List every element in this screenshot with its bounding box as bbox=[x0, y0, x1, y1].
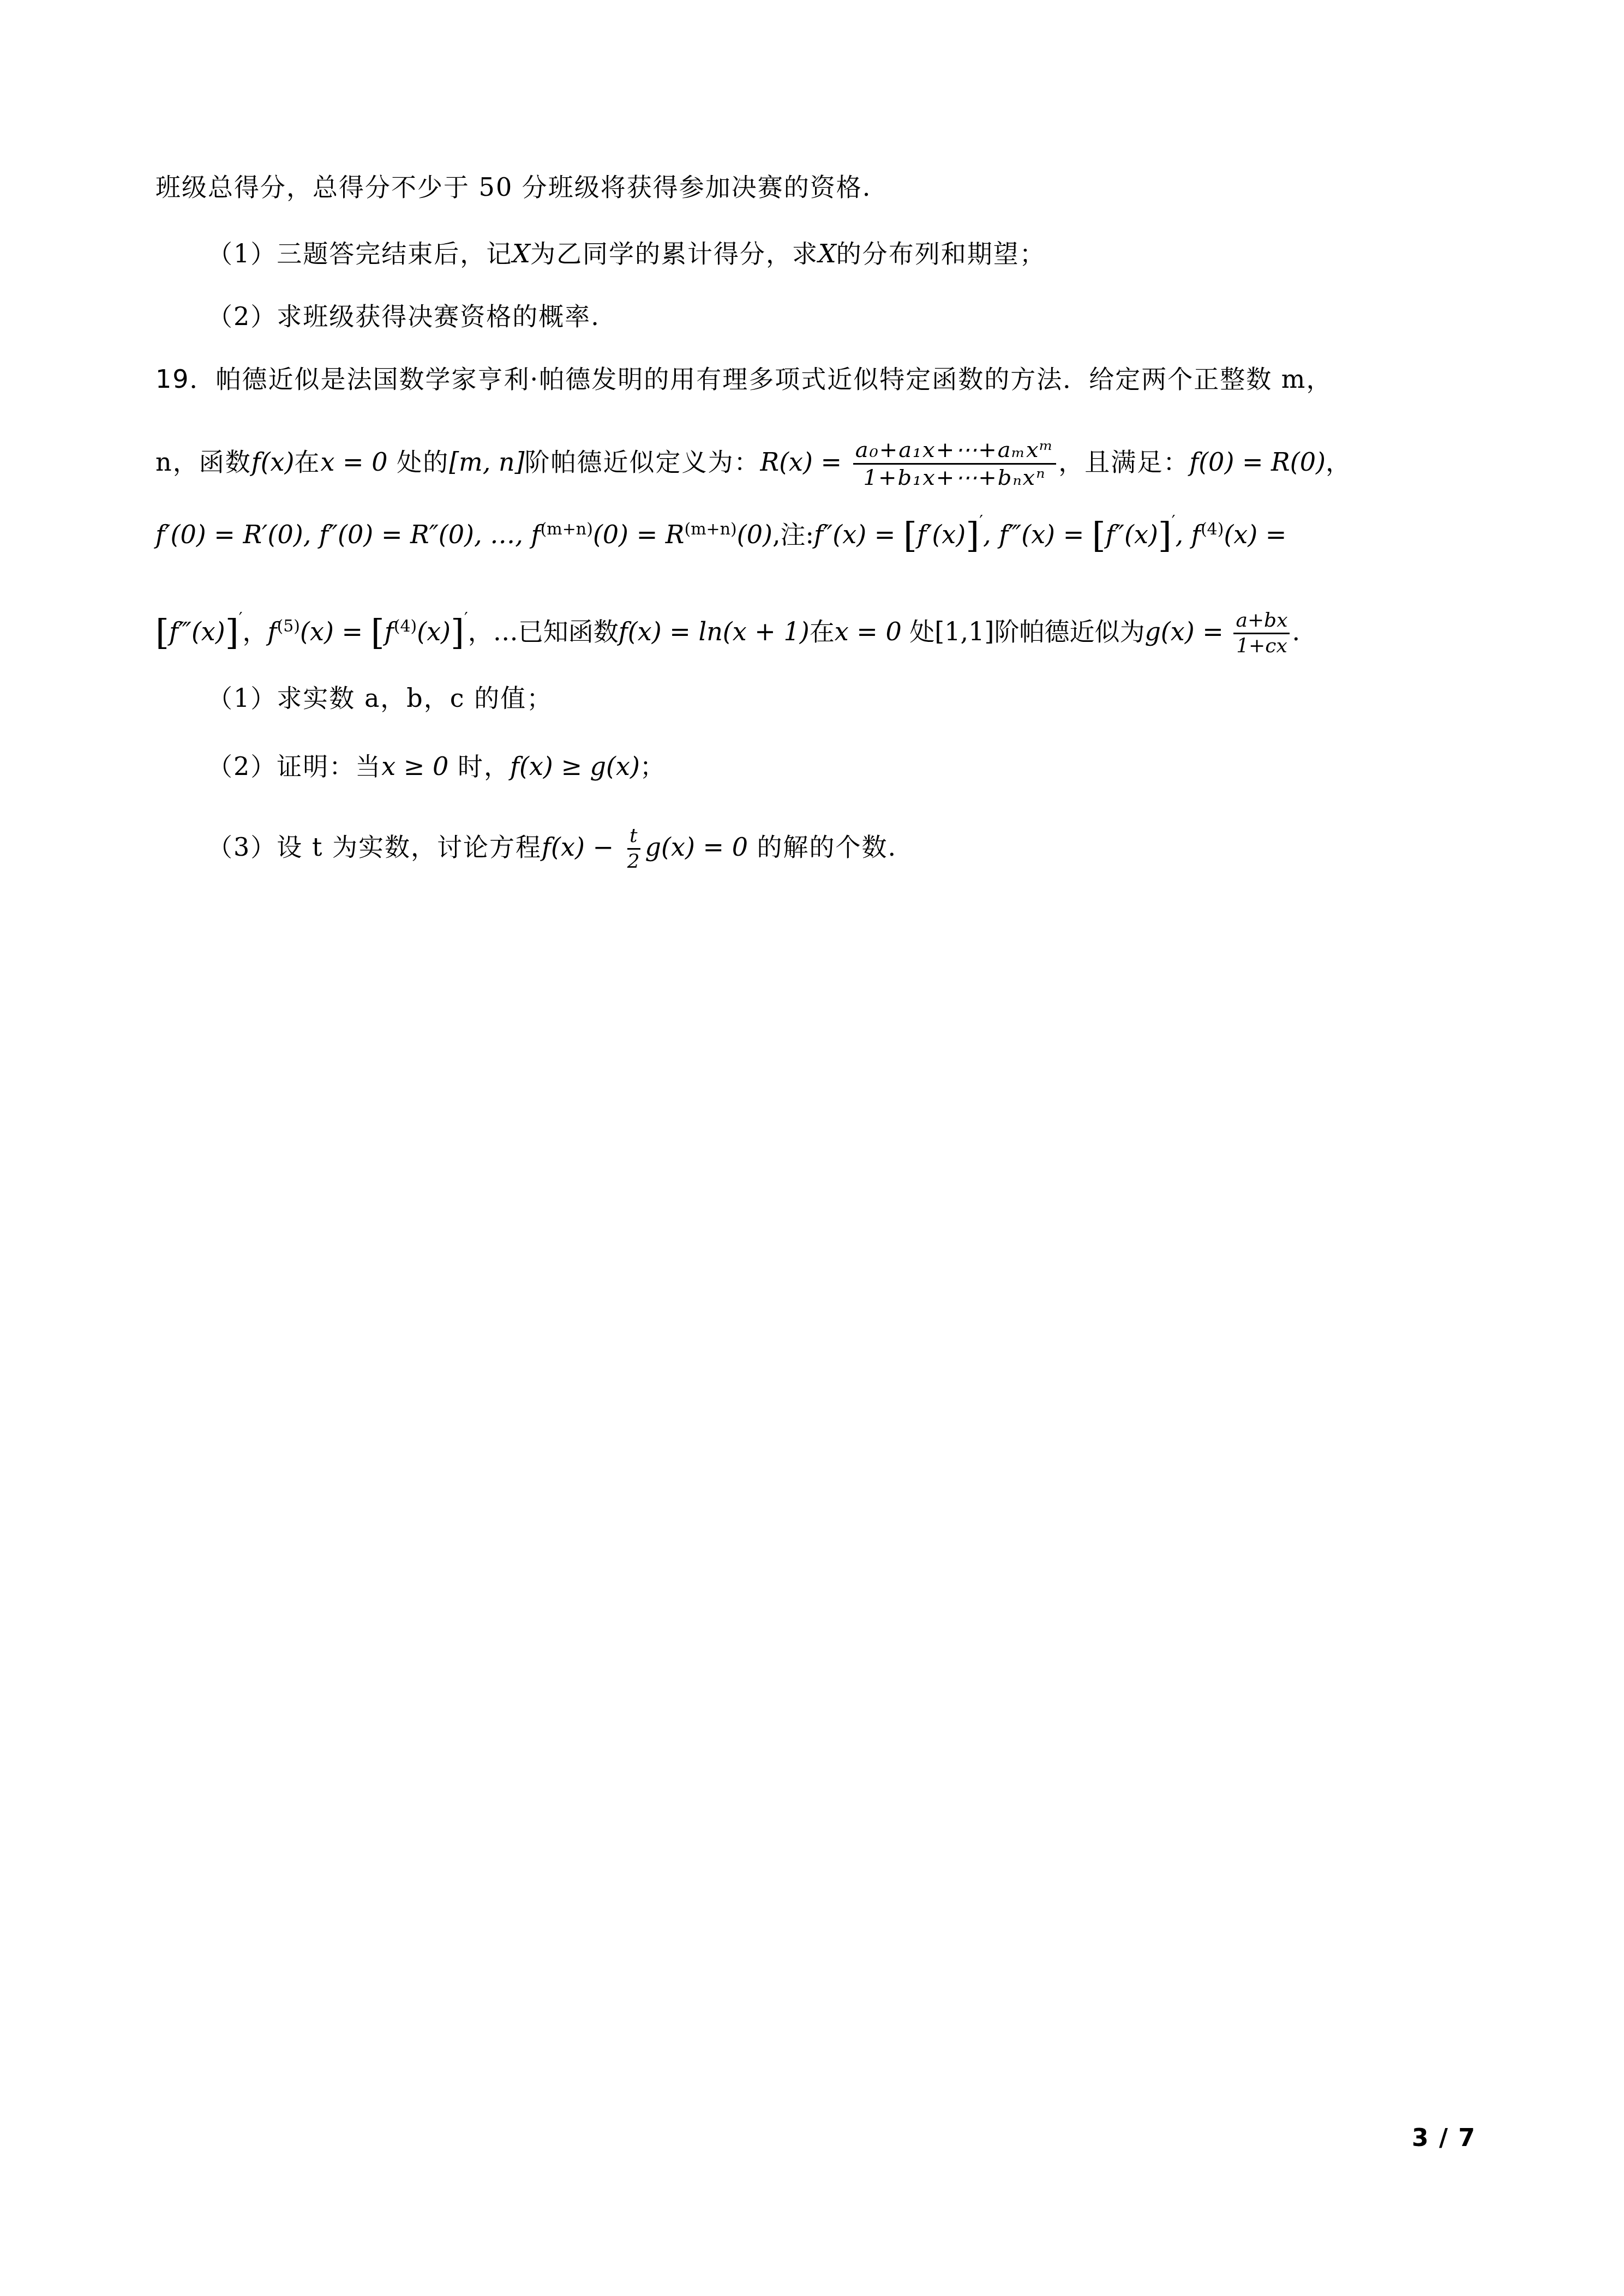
prime-mark: ′ bbox=[239, 609, 243, 628]
fraction-numerator: a₀+a₁x+⋯+aₘxᵐ bbox=[853, 439, 1056, 465]
q19-line-4: [f‴(x)]′，f(5)(x) = [f(4)(x)]′，…已知函数f(x) … bbox=[155, 611, 1300, 656]
superscript: (4) bbox=[394, 617, 417, 636]
right-bracket: ] bbox=[225, 613, 239, 653]
text: ， bbox=[243, 617, 268, 646]
part-text: 求班级获得决赛资格的概率. bbox=[277, 302, 600, 331]
prime-mark: ′ bbox=[464, 609, 468, 628]
text: 阶帕德近似定义为： bbox=[525, 447, 760, 477]
part-label: （2） bbox=[207, 752, 277, 781]
superscript: (4) bbox=[1201, 520, 1224, 539]
part-label: （3） bbox=[207, 832, 277, 862]
text: 在 bbox=[810, 617, 835, 646]
question-number: 19． bbox=[155, 364, 216, 394]
q19-line-2: n，函数f(x)在x = 0 处的[m, n]阶帕德近似定义为：R(x) = a… bbox=[155, 439, 1352, 489]
text: 处 bbox=[902, 617, 935, 646]
math: , f bbox=[1176, 520, 1201, 549]
text: ，且满足： bbox=[1058, 447, 1189, 477]
part-label: （1） bbox=[207, 683, 277, 713]
math: (x) = bbox=[1224, 520, 1286, 549]
q19-line-3: f′(0) = R′(0), f″(0) = R″(0), …, f(m+n)(… bbox=[155, 518, 1286, 551]
q18-continuation-text: 班级总得分，总得分不少于 50 分班级将获得参加决赛的资格. bbox=[155, 171, 871, 203]
fraction-denominator: 1+cx bbox=[1234, 634, 1290, 656]
math: (0) = R bbox=[593, 520, 685, 549]
part-text: 求实数 a，b，c 的值； bbox=[277, 683, 553, 713]
math: f(x) ≥ g(x) bbox=[510, 752, 640, 781]
right-bracket: ] bbox=[966, 516, 979, 556]
text: ,注: bbox=[772, 520, 814, 549]
pade-fraction: a₀+a₁x+⋯+aₘxᵐ1+b₁x+⋯+bₙxⁿ bbox=[853, 439, 1056, 489]
math: g(x) = bbox=[1144, 617, 1223, 646]
math: f″(x) bbox=[1106, 520, 1158, 549]
math: x ≥ 0 bbox=[381, 752, 448, 781]
math: x = 0 bbox=[835, 617, 902, 646]
math-var: X bbox=[512, 239, 530, 268]
math: f bbox=[268, 617, 277, 646]
math: f(x) = ln(x + 1) bbox=[619, 617, 810, 646]
math: (x) = bbox=[300, 617, 371, 646]
q19-intro-text: 帕德近似是法国数学家亨利·帕德发明的用有理多项式近似特定函数的方法．给定两个正整… bbox=[216, 364, 1333, 394]
q18-part-1: （1）三题答完结束后，记X为乙同学的累计得分，求X的分布列和期望； bbox=[207, 237, 1046, 270]
math: x = 0 bbox=[321, 447, 388, 477]
right-bracket: ] bbox=[451, 613, 464, 653]
math: f′(0) = R′(0), f″(0) = R″(0), …, f bbox=[155, 520, 541, 549]
superscript: (m+n) bbox=[541, 520, 593, 539]
superscript: (m+n) bbox=[684, 520, 736, 539]
t-over-2-fraction: t2 bbox=[625, 826, 643, 871]
part-text: 为乙同学的累计得分，求 bbox=[530, 239, 818, 268]
q19-part-1: （1）求实数 a，b，c 的值； bbox=[207, 682, 553, 714]
math: f″(x) = bbox=[814, 520, 903, 549]
left-bracket: [ bbox=[371, 613, 385, 653]
math: [m, n] bbox=[449, 447, 524, 477]
part-text: 三题答完结束后，记 bbox=[277, 239, 512, 268]
math: g(x) = 0 bbox=[645, 832, 748, 862]
math: f bbox=[385, 617, 394, 646]
part-text: 的解的个数. bbox=[748, 832, 897, 862]
prime-mark: ′ bbox=[1172, 512, 1176, 531]
g-fraction: a+bx1+cx bbox=[1233, 611, 1290, 656]
math: f(0) = R(0) bbox=[1189, 447, 1326, 477]
left-bracket: [ bbox=[155, 613, 169, 653]
part-text: 证明：当 bbox=[277, 752, 381, 781]
math: f(x) bbox=[251, 447, 295, 477]
fraction-numerator: t bbox=[627, 826, 640, 850]
q19-part-2: （2）证明：当x ≥ 0 时，f(x) ≥ g(x)； bbox=[207, 750, 666, 783]
text: ， bbox=[1326, 447, 1352, 477]
text: ，…已知函数 bbox=[468, 617, 619, 646]
math: [1,1] bbox=[934, 617, 994, 646]
part-text: 时， bbox=[448, 752, 510, 781]
math-var: X bbox=[818, 239, 836, 268]
part-text: ； bbox=[640, 752, 666, 781]
text: 阶帕德近似为 bbox=[994, 617, 1144, 646]
fraction-denominator: 2 bbox=[625, 850, 643, 871]
exam-page: 班级总得分，总得分不少于 50 分班级将获得参加决赛的资格. （1）三题答完结束… bbox=[0, 0, 1624, 2296]
part-text: 的分布列和期望； bbox=[836, 239, 1046, 268]
math: R(x) = bbox=[760, 447, 842, 477]
superscript: (5) bbox=[277, 617, 301, 636]
page-number: 3 / 7 bbox=[1412, 2124, 1476, 2152]
q19-part-3: （3）设 t 为实数，讨论方程f(x) − t2g(x) = 0 的解的个数. bbox=[207, 826, 897, 871]
part-label: （1） bbox=[207, 239, 277, 268]
math: (x) bbox=[417, 617, 451, 646]
text: . bbox=[1292, 617, 1300, 646]
right-bracket: ] bbox=[1158, 516, 1172, 556]
part-text: 设 t 为实数，讨论方程 bbox=[277, 832, 542, 862]
fraction-numerator: a+bx bbox=[1233, 611, 1290, 634]
text: n，函数 bbox=[155, 447, 251, 477]
math: f′(x) bbox=[917, 520, 966, 549]
left-bracket: [ bbox=[903, 516, 917, 556]
q18-condition: 班级总得分，总得分不少于 50 分班级将获得参加决赛的资格. bbox=[155, 172, 871, 202]
math: (0) bbox=[737, 520, 772, 549]
left-bracket: [ bbox=[1092, 516, 1106, 556]
q19-line-1: 19．帕德近似是法国数学家亨利·帕德发明的用有理多项式近似特定函数的方法．给定两… bbox=[155, 363, 1332, 395]
math: , f‴(x) = bbox=[983, 520, 1092, 549]
q18-part-2: （2）求班级获得决赛资格的概率. bbox=[207, 300, 600, 333]
math: f‴(x) bbox=[169, 617, 225, 646]
math: f(x) − bbox=[542, 832, 614, 862]
text: 处的 bbox=[388, 447, 450, 477]
part-label: （2） bbox=[207, 302, 277, 331]
fraction-denominator: 1+b₁x+⋯+bₙxⁿ bbox=[861, 465, 1048, 489]
text: 在 bbox=[295, 447, 321, 477]
prime-mark: ′ bbox=[979, 512, 983, 531]
